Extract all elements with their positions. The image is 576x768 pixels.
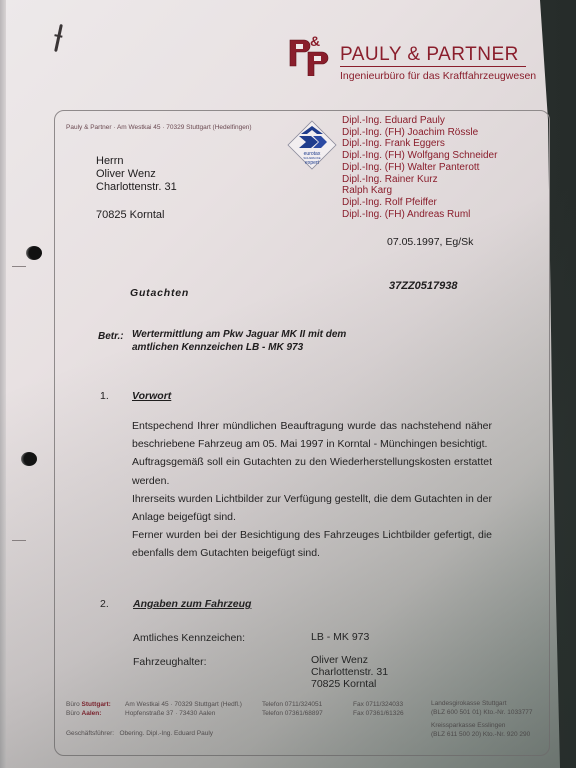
field-value-line: Charlottenstr. 31 (311, 666, 388, 678)
section-number: 2. (100, 598, 109, 610)
section-number: 1. (100, 390, 109, 402)
recipient-street: Charlottenstr. 31 (96, 181, 177, 194)
document-title: Gutachten (130, 287, 189, 299)
staff-member: Ralph Karg (342, 185, 497, 197)
bank-account: (BLZ 600 501 01) Kto.-Nr. 1033777 (431, 708, 533, 717)
bank-name: Kreissparkasse Esslingen (431, 721, 533, 730)
staff-member: Dipl.-Ing. Eduard Pauly (342, 115, 497, 127)
office-prefix: Büro (66, 710, 80, 717)
office-address: Hopfenstraße 37 · 73430 Aalen (125, 709, 242, 718)
office-fax: Fax 07361/61326 (353, 709, 404, 718)
bank-account: (BLZ 611 500 20) Kto.-Nr. 920 290 (431, 730, 533, 739)
paragraph: Ihrerseits wurden Lichtbilder zur Verfüg… (132, 490, 492, 526)
office-phone: Telefon 07361/68897 (262, 709, 323, 718)
staff-member: Dipl.-Ing. Rainer Kurz (342, 174, 497, 186)
return-address: Pauly & Partner · Am Westkai 45 · 70329 … (66, 124, 252, 131)
bank-name: Landesgirokasse Stuttgart (431, 699, 533, 708)
pauly-partner-logo-icon: & (288, 30, 336, 76)
field-value-line: LB - MK 973 (311, 631, 369, 643)
field-value-line: Oliver Wenz (311, 654, 388, 666)
svg-text:expert: expert (305, 160, 320, 166)
company-name: PAULY & PARTNER (340, 44, 519, 66)
staff-list: Dipl.-Ing. Eduard Pauly Dipl.-Ing. (FH) … (342, 115, 497, 220)
office-prefix: Büro (66, 701, 80, 708)
office-phone: Telefon 0711/324051 (262, 700, 323, 709)
document-number: 37ZZ0517938 (389, 280, 458, 292)
company-tagline: Ingenieurbüro für das Kraftfahrzeugwesen (340, 70, 536, 82)
staff-member: Dipl.-Ing. (FH) Joachim Rössle (342, 127, 497, 139)
footer-faxes: Fax 0711/324033 Fax 07361/61326 (353, 700, 404, 718)
recipient-salutation: Herrn (96, 155, 177, 168)
date-reference: 07.05.1997, Eg/Sk (387, 236, 473, 248)
field-label-halter: Fahrzeughalter: (133, 656, 207, 668)
page-edge (0, 0, 6, 768)
staff-member: Dipl.-Ing. (FH) Wolfgang Schneider (342, 150, 497, 162)
punch-hole-icon (26, 246, 42, 260)
fold-mark (12, 540, 26, 541)
field-value-line: 70825 Korntal (311, 678, 388, 690)
staff-member: Dipl.-Ing. (FH) Andreas Ruml (342, 209, 497, 221)
subject-text: Wertermittlung am Pkw Jaguar MK II mit d… (132, 329, 346, 354)
recipient-address: Herrn Oliver Wenz Charlottenstr. 31 7082… (96, 155, 177, 222)
staff-member: Dipl.-Ing. Frank Eggers (342, 138, 497, 150)
svg-text:&: & (310, 33, 320, 49)
recipient-city: 70825 Korntal (96, 209, 177, 222)
footer-addresses: Am Westkai 45 · 70329 Stuttgart (Hedfl.)… (125, 700, 242, 718)
field-value-halter: Oliver Wenz Charlottenstr. 31 70825 Korn… (311, 654, 388, 690)
eurotax-expert-badge-icon: eurotax SCHWACKE expert (287, 120, 337, 170)
footer-banks: Landesgirokasse Stuttgart (BLZ 600 501 0… (431, 699, 533, 739)
section-body-vorwort: Entspechend Ihrer mündlichen Beauftragun… (132, 417, 492, 563)
field-label-kennzeichen: Amtliches Kennzeichen: (133, 632, 245, 644)
footer-phones: Telefon 0711/324051 Telefon 07361/68897 (262, 700, 323, 718)
managing-director-name: Obering. Dipl.-Ing. Eduard Pauly (119, 730, 213, 737)
staff-member: Dipl.-Ing. (FH) Walter Panterott (342, 162, 497, 174)
section-title-vorwort: Vorwort (132, 390, 171, 402)
staff-member: Dipl.-Ing. Rolf Pfeiffer (342, 197, 497, 209)
footer-managing-director: Geschäftsführer: Obering. Dipl.-Ing. Edu… (66, 729, 213, 738)
footer-offices: Büro Stuttgart: Büro Aalen: (66, 700, 111, 718)
section-title-fahrzeug: Angaben zum Fahrzeug (133, 598, 251, 610)
managing-director-label: Geschäftsführer: (66, 730, 114, 737)
office-city: Aalen: (82, 710, 102, 717)
punch-hole-icon (21, 452, 37, 466)
brand-divider (340, 66, 526, 67)
subject-line: Wertermittlung am Pkw Jaguar MK II mit d… (132, 329, 346, 342)
office-city: Stuttgart: (82, 701, 111, 708)
paragraph: Ferner wurden bei der Besichtigung des F… (132, 526, 492, 562)
field-value-kennzeichen: LB - MK 973 (311, 631, 369, 643)
office-address: Am Westkai 45 · 70329 Stuttgart (Hedfl.) (125, 700, 242, 709)
subject-label: Betr.: (98, 331, 124, 342)
footer-office-aalen: Büro Aalen: (66, 709, 111, 718)
paragraph: Auftragsgemäß soll ein Gutachten zu den … (132, 453, 492, 489)
subject-line: amtlichen Kennzeichen LB - MK 973 (132, 342, 346, 355)
office-fax: Fax 0711/324033 (353, 700, 404, 709)
paragraph: Entspechend Ihrer mündlichen Beauftragun… (132, 417, 492, 453)
fold-mark (12, 266, 26, 267)
footer-office-stuttgart: Büro Stuttgart: (66, 700, 111, 709)
recipient-name: Oliver Wenz (96, 168, 177, 181)
